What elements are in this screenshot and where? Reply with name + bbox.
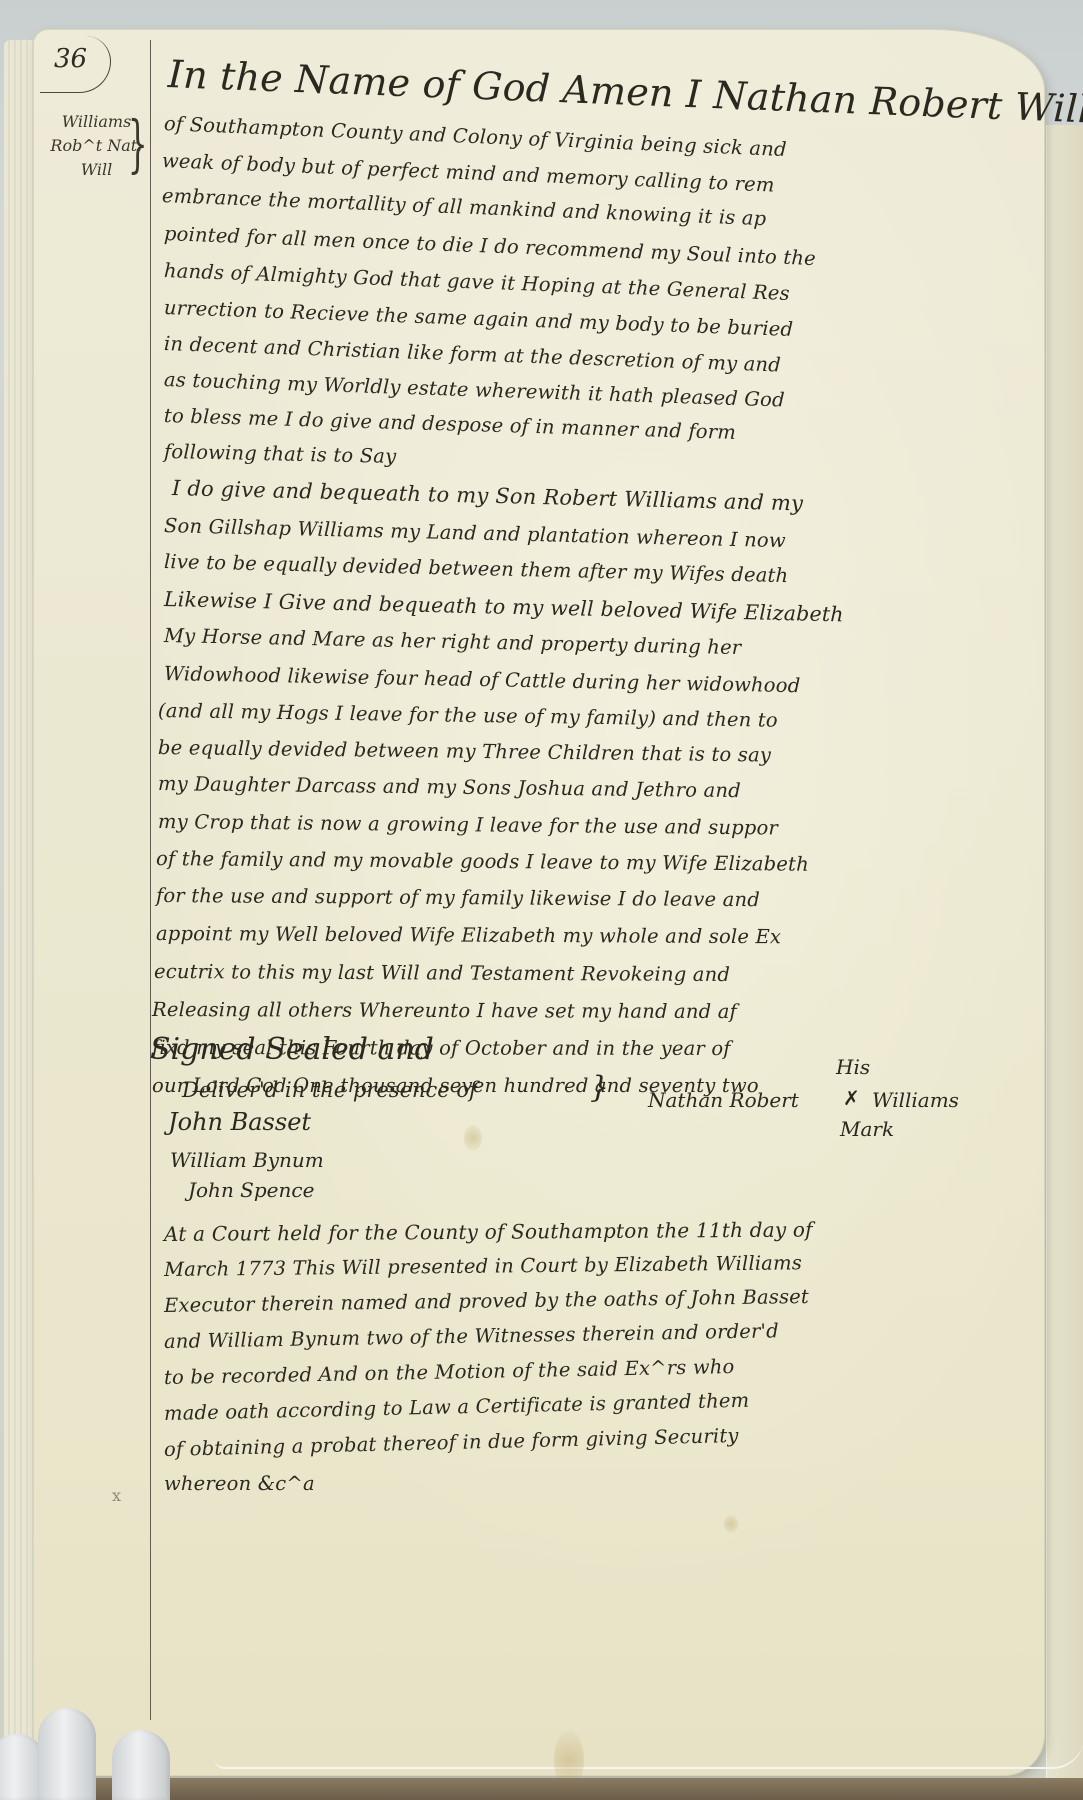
page-curl [214,1737,1083,1769]
adjacent-page-edge [1046,125,1083,1785]
attestation-heading: Signed Sealed and [150,1032,434,1067]
margin-note: Williams Rob^t Nat: Will } [44,110,149,182]
body-line: for the use and support of my family lik… [156,884,760,911]
gloved-finger [38,1708,96,1800]
testator-surname: Williams [872,1088,959,1112]
ink-stain [464,1125,482,1151]
margin-mark: x [112,1486,121,1505]
testator-mark-icon: ✗ [843,1086,860,1110]
witness-signature: William Bynum [170,1148,324,1172]
testator-mark-label: Mark [840,1117,894,1141]
body-line: Releasing all others Whereunto I have se… [152,998,737,1023]
probate-line: whereon &c^a [164,1472,315,1495]
body-line: appoint my Well beloved Wife Elizabeth m… [156,922,781,948]
body-line: ecutrix to this my last Will and Testame… [154,960,730,986]
foxing-spot [724,1515,738,1533]
attestation-brace-icon: } [590,1070,609,1105]
folio-number: 36 [54,44,87,74]
gloved-finger [112,1730,170,1800]
witness-signature: John Spence [188,1178,314,1202]
brace-icon: } [127,112,147,176]
testator-his: His [836,1055,870,1079]
body-line: following that is to Say [164,440,397,468]
attestation-subheading: Deliver'd in the presence of [182,1078,477,1102]
witness-signature: John Basset [168,1108,311,1136]
folio-number-badge: 36 [40,36,111,93]
testator-name: Nathan Robert [648,1088,799,1112]
probate-line: At a Court held for the County of Southa… [164,1217,813,1246]
margin-rule [150,40,151,1720]
